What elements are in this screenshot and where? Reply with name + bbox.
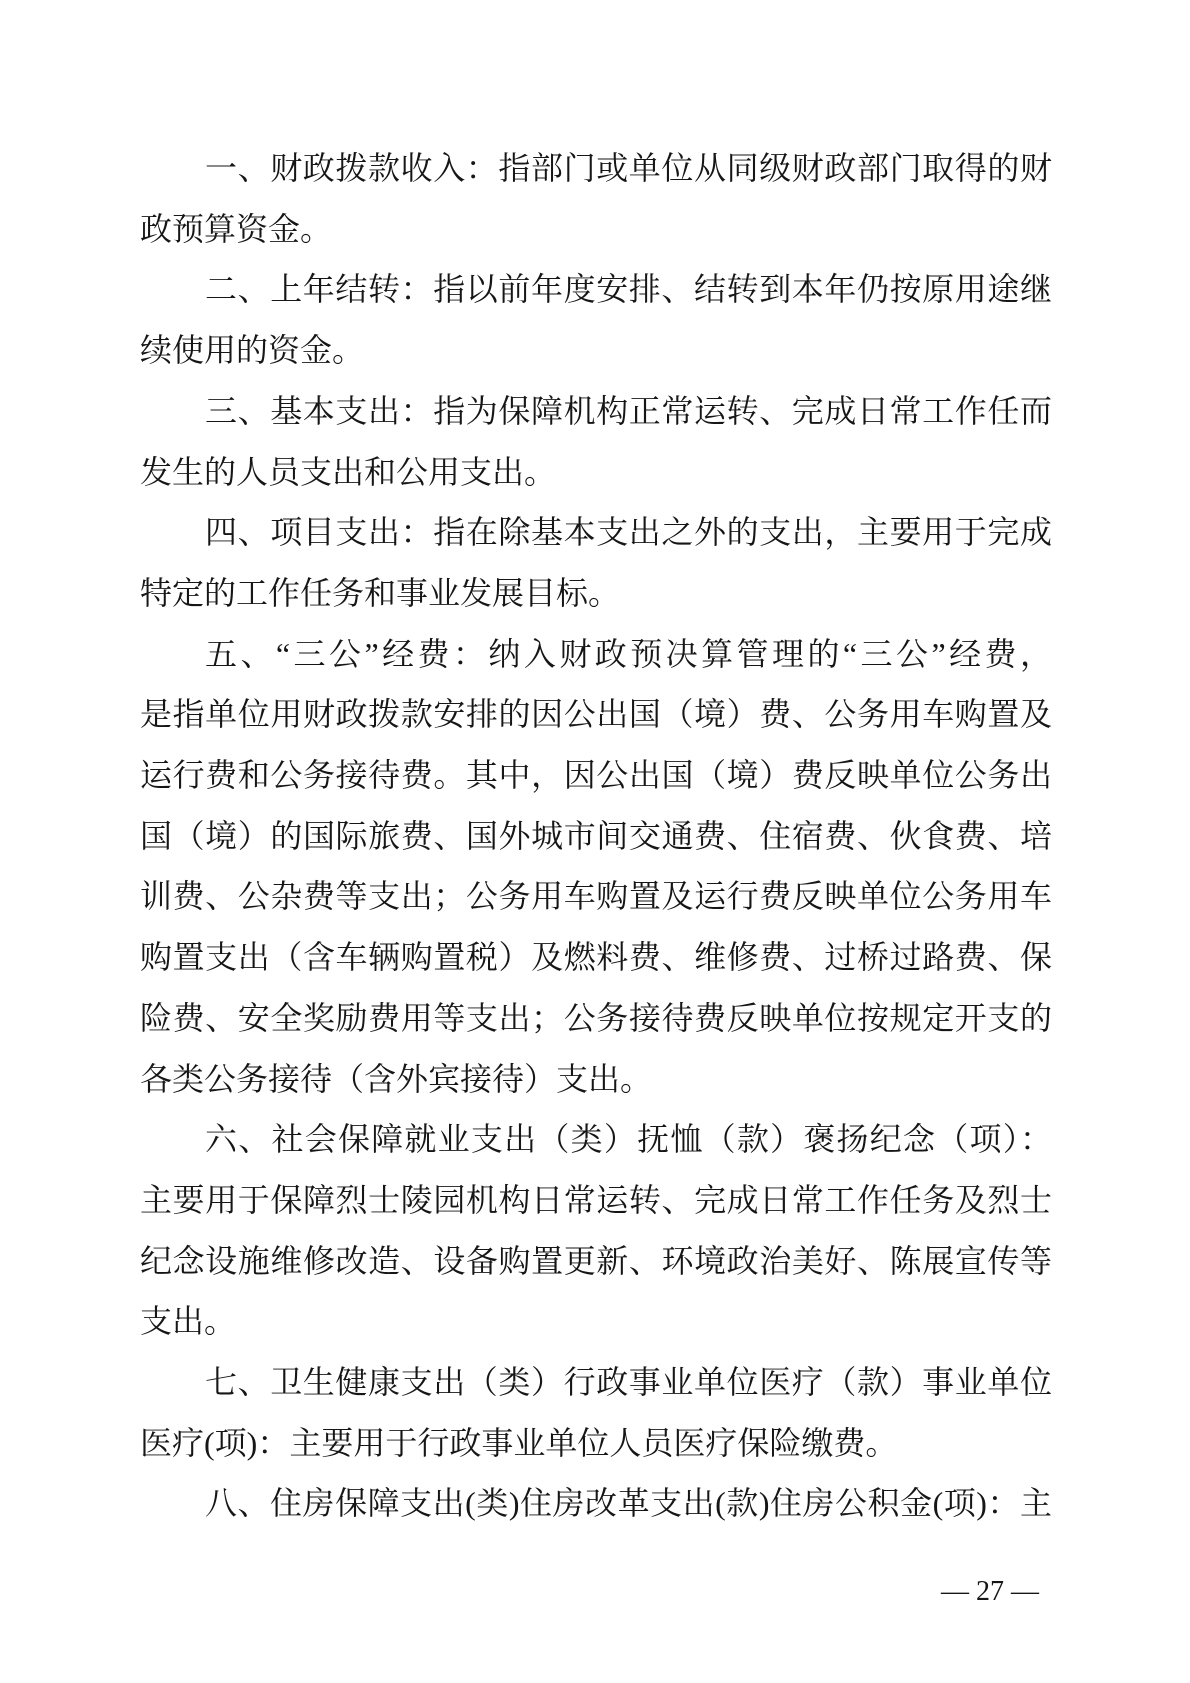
document-line: 各类公务接待（含外宾接待）支出。 [140,1049,1052,1110]
document-line: 七、卫生健康支出（类）行政事业单位医疗（款）事业单位 [140,1352,1052,1413]
document-line: 医疗(项)：主要用于行政事业单位人员医疗保险缴费。 [140,1413,1052,1474]
document-line: 国（境）的国际旅费、国外城市间交通费、住宿费、伙食费、培 [140,806,1052,867]
document-line: 运行费和公务接待费。其中，因公出国（境）费反映单位公务出 [140,745,1052,806]
document-line: 政预算资金。 [140,199,1052,260]
document-line: 训费、公杂费等支出；公务用车购置及运行费反映单位公务用车 [140,866,1052,927]
document-line: 支出。 [140,1291,1052,1352]
document-line: 主要用于保障烈士陵园机构日常运转、完成日常工作任务及烈士 [140,1170,1052,1231]
document-line: 八、住房保障支出(类)住房改革支出(款)住房公积金(项)：主 [140,1473,1052,1534]
document-page: 一、财政拨款收入：指部门或单位从同级财政部门取得的财 政预算资金。 二、上年结转… [0,0,1190,1683]
document-line: 四、项目支出：指在除基本支出之外的支出，主要用于完成 [140,502,1052,563]
document-line: 险费、安全奖励费用等支出；公务接待费反映单位按规定开支的 [140,988,1052,1049]
page-number: — 27 — [905,1576,1075,1608]
text-block: 一、财政拨款收入：指部门或单位从同级财政部门取得的财 政预算资金。 二、上年结转… [140,138,1052,1534]
document-line: 发生的人员支出和公用支出。 [140,442,1052,503]
document-line: 特定的工作任务和事业发展目标。 [140,563,1052,624]
document-line: 纪念设施维修改造、设备购置更新、环境政治美好、陈展宣传等 [140,1231,1052,1292]
document-line: 六、社会保障就业支出（类）抚恤（款）褒扬纪念（项）： [140,1109,1052,1170]
document-line: 续使用的资金。 [140,320,1052,381]
document-line: 是指单位用财政拨款安排的因公出国（境）费、公务用车购置及 [140,684,1052,745]
document-line: 三、基本支出：指为保障机构正常运转、完成日常工作任而 [140,381,1052,442]
document-line: 二、上年结转：指以前年度安排、结转到本年仍按原用途继 [140,259,1052,320]
document-line: 一、财政拨款收入：指部门或单位从同级财政部门取得的财 [140,138,1052,199]
document-line: 购置支出（含车辆购置税）及燃料费、维修费、过桥过路费、保 [140,927,1052,988]
document-line: 五、“三公”经费：纳入财政预决算管理的“三公”经费， [140,624,1052,685]
